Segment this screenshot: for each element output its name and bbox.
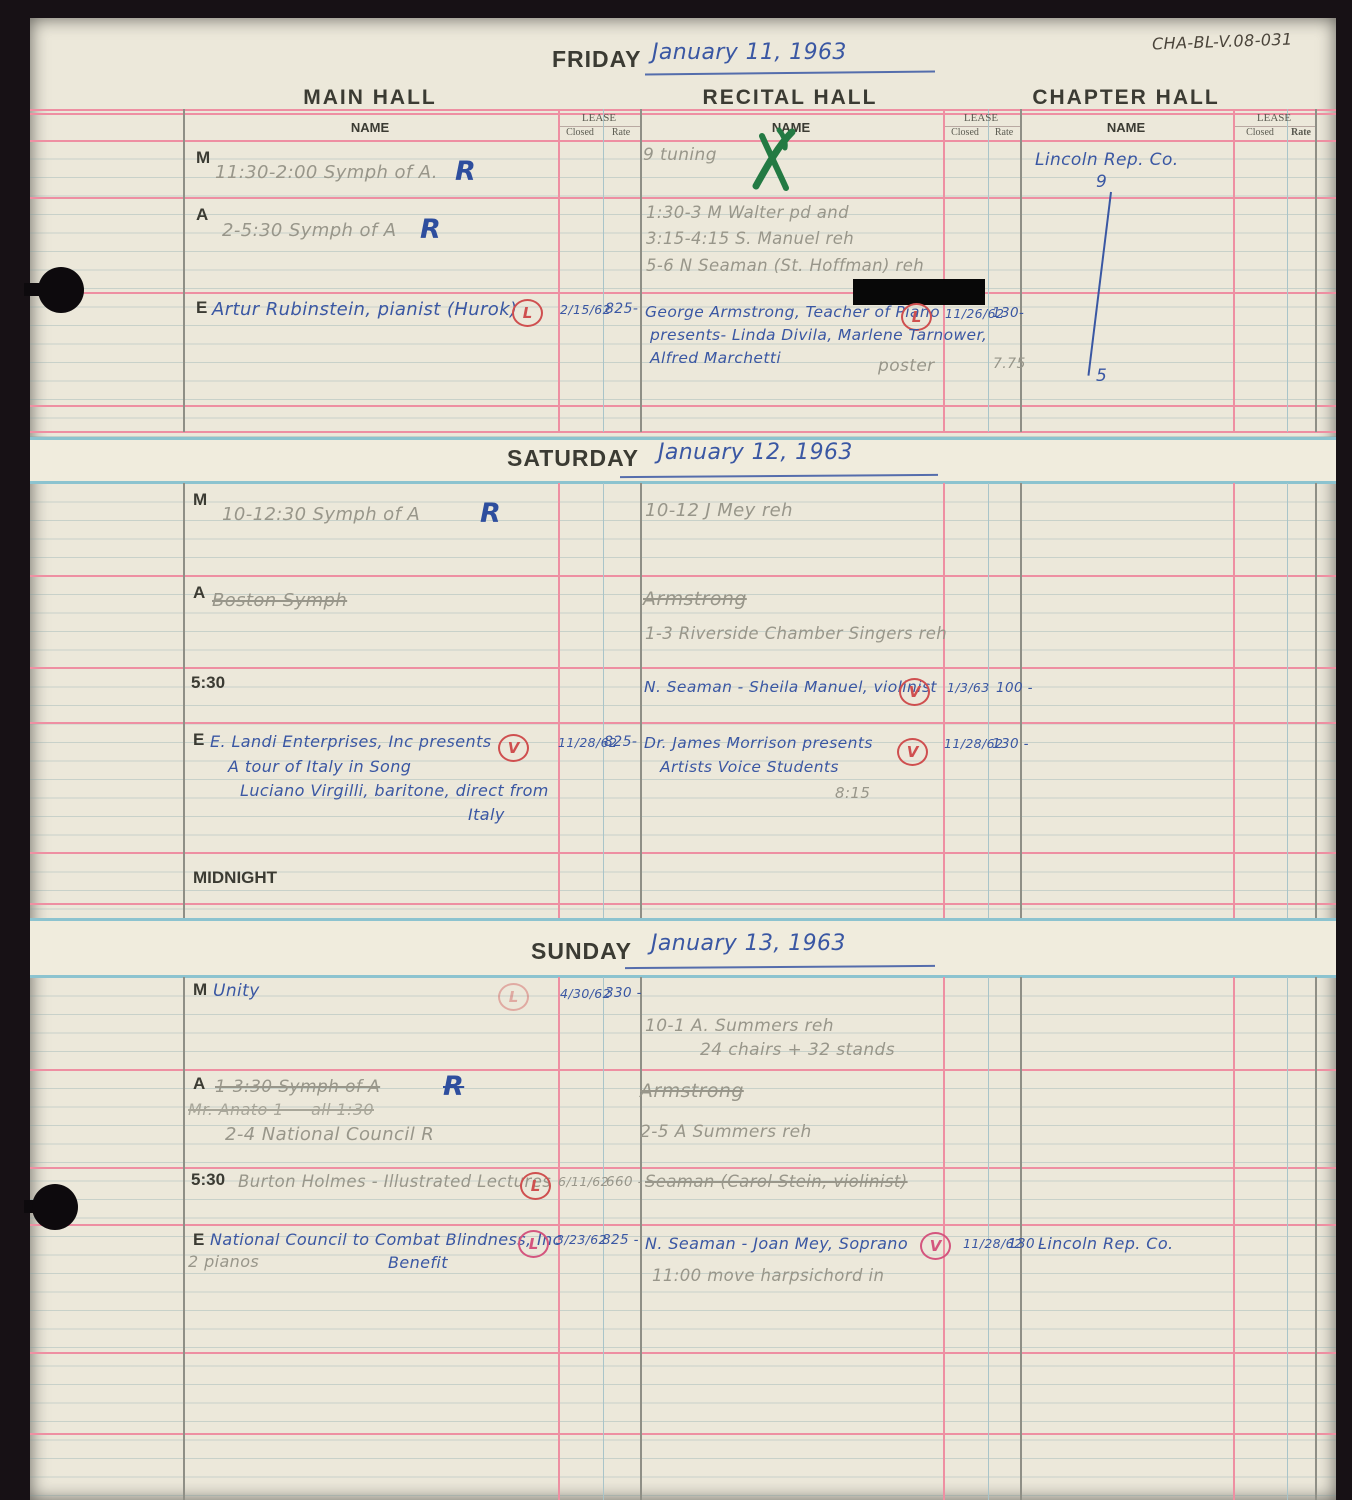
- grid-line: [30, 903, 1336, 905]
- entry-sat-main-a-struck: Boston Symph: [212, 590, 347, 611]
- grid-line: [30, 140, 1336, 142]
- entry-fri-rec-e2: presents- Linda Divila, Marlene Tarnower…: [650, 326, 987, 344]
- grid-line: [558, 109, 560, 432]
- entry-sat-main-m-r: R: [480, 498, 501, 529]
- grid-line: [1315, 977, 1317, 1500]
- sun-main-m-closed: 4/30/62: [560, 986, 611, 1001]
- lease-mark-circle: L: [512, 299, 543, 327]
- day-title-saturday: SATURDAY: [507, 445, 639, 472]
- sun-main-m-rate: 330 -: [605, 985, 642, 1001]
- grid-line: [1233, 109, 1235, 432]
- entry-sun-main-e2: Benefit: [388, 1253, 448, 1272]
- row-label-e: E: [196, 298, 207, 318]
- grid-line: [1287, 483, 1288, 918]
- entry-sun-rec-m1: 10-1 A. Summers reh: [645, 1016, 834, 1036]
- day-date-sunday: January 13, 1963: [651, 931, 846, 956]
- grid-line: [640, 109, 642, 432]
- redaction-box: [853, 279, 985, 305]
- grid-line: [943, 483, 945, 918]
- grid-line: [30, 575, 1336, 577]
- sun-main-530-closed: 6/11/62: [558, 1174, 609, 1189]
- lease-mark-circle: L: [520, 1172, 551, 1200]
- grid-line: [30, 918, 1336, 921]
- grid-line: [30, 197, 1336, 199]
- entry-sat-main-e2: A tour of Italy in Song: [228, 757, 411, 776]
- hall-title-main: MAIN HALL: [303, 86, 436, 110]
- col-rate: Rate: [612, 127, 630, 138]
- col-closed: Closed: [566, 127, 594, 138]
- green-crossout-mark-icon: [748, 126, 802, 197]
- entry-sun-main-e-note: 2 pianos: [188, 1252, 259, 1271]
- grid-line: [30, 667, 1336, 669]
- fri-rec-e-rate: 130-: [992, 305, 1024, 321]
- grid-line: [1315, 109, 1317, 432]
- grid-line: [1233, 483, 1235, 918]
- grid-line: [30, 113, 1336, 115]
- grid-line: [988, 109, 989, 432]
- entry-fri-main-a: 2-5:30 Symph of A: [222, 220, 396, 241]
- col-closed: Closed: [1246, 127, 1274, 138]
- grid-line: [558, 483, 560, 918]
- entry-fri-main-m: 11:30-2:00 Symph of A.: [215, 162, 438, 183]
- row-label-530: 5:30: [191, 1170, 225, 1190]
- entry-sun-main-530: Burton Holmes - Illustrated Lectures: [238, 1172, 551, 1191]
- entry-sat-main-m: 10-12:30 Symph of A: [222, 504, 420, 525]
- row-label-midnight: MIDNIGHT: [193, 868, 277, 888]
- sat-rec-e-rate: 130 -: [992, 736, 1029, 752]
- lease-mark-circle: L: [518, 1230, 549, 1258]
- day-title-sunday: SUNDAY: [531, 938, 632, 965]
- col-lease-chapter: LEASE: [1257, 112, 1291, 124]
- grid-line: [183, 483, 185, 918]
- row-label-a: A: [196, 205, 208, 225]
- grid-line: [30, 1433, 1336, 1435]
- entry-sun-rec-e2: 11:00 move harpsichord in: [652, 1266, 884, 1285]
- row-label-e: E: [193, 730, 204, 750]
- entry-fri-rec-m: 9 tuning: [643, 145, 717, 165]
- entry-fri-main-e: Artur Rubinstein, pianist (Hurok): [212, 299, 517, 320]
- grid-line: [943, 109, 945, 432]
- entry-fri-rec-e3: Alfred Marchetti: [650, 349, 781, 367]
- grid-line: [1020, 483, 1022, 918]
- grid-line: [988, 483, 989, 918]
- entry-sat-rec-e-time: 8:15: [835, 784, 870, 802]
- entry-sun-rec-e1: N. Seaman - Joan Mey, Soprano: [645, 1234, 908, 1253]
- grid-line: [1287, 977, 1288, 1500]
- grid-line: [30, 481, 1336, 484]
- col-lease-recital: LEASE: [964, 112, 998, 124]
- entry-sat-rec-m: 10-12 J Mey reh: [645, 500, 793, 521]
- row-label-e: E: [193, 1230, 204, 1250]
- row-label-a: A: [193, 583, 205, 603]
- grid-line: [640, 483, 642, 918]
- grid-line: [1233, 977, 1235, 1500]
- entry-sun-main-a-struck1: 1-3:30 Symph of A: [215, 1077, 380, 1097]
- entry-sat-main-e4: Italy: [468, 805, 505, 824]
- grid-line: [30, 975, 1336, 978]
- entry-sat-rec-a: 1-3 Riverside Chamber Singers reh: [645, 624, 947, 643]
- sat-rec-530-closed: 1/3/63: [947, 680, 990, 695]
- col-name-main: NAME: [351, 120, 389, 135]
- grid-line: [1287, 109, 1288, 432]
- entry-sat-rec-e1: Dr. James Morrison presents: [644, 734, 873, 752]
- entry-sun-rec-a-struck: Armstrong: [640, 1080, 744, 1102]
- fri-main-e-closed: 2/15/62: [560, 302, 611, 317]
- entry-sun-rec-m2: 24 chairs + 32 stands: [700, 1040, 895, 1060]
- hall-title-chapter: CHAPTER HALL: [1032, 86, 1219, 110]
- ruling-friday: [30, 140, 1336, 437]
- hall-title-recital: RECITAL HALL: [703, 86, 878, 110]
- grid-line: [30, 1167, 1336, 1169]
- entry-fri-main-m-r: R: [455, 156, 476, 187]
- grid-line: [30, 1069, 1336, 1071]
- lease-mark-circle: L: [498, 983, 529, 1011]
- row-label-m: M: [196, 148, 210, 168]
- grid-line: [30, 431, 1336, 433]
- entry-sun-main-a: 2-4 National Council R: [225, 1124, 434, 1145]
- grid-line: [183, 109, 185, 432]
- day-date-friday: January 11, 1963: [652, 40, 847, 65]
- archive-code: CHA-BL-V.08-031: [1152, 30, 1293, 54]
- grid-line: [30, 852, 1336, 854]
- fri-chap-end: 5: [1096, 366, 1107, 386]
- entry-fri-rec-a1: 1:30-3 M Walter pd and: [646, 203, 849, 222]
- ruling-saturday: [30, 483, 1336, 920]
- entry-sun-main-e1: National Council to Combat Blindness, In…: [210, 1230, 562, 1249]
- entry-sun-main-a-struck1-r: R: [443, 1071, 464, 1102]
- grid-line: [30, 722, 1336, 724]
- grid-line: [30, 1352, 1336, 1354]
- row-label-530: 5:30: [191, 673, 225, 693]
- grid-line: [30, 1224, 1336, 1226]
- entry-sun-chap-e: Lincoln Rep. Co.: [1038, 1234, 1174, 1253]
- fri-chap-start: 9: [1096, 172, 1107, 192]
- grid-line: [603, 109, 604, 432]
- lease-mark-circle: V: [920, 1232, 951, 1260]
- col-rate: Rate: [995, 127, 1013, 138]
- day-date-saturday: January 12, 1963: [658, 440, 853, 465]
- entry-fri-main-a-r: R: [420, 214, 441, 245]
- scanned-ledger-page: FRIDAY January 11, 1963 CHA-BL-V.08-031 …: [0, 0, 1352, 1500]
- punch-hole: [38, 267, 84, 313]
- sun-main-e-rate: 825 -: [602, 1232, 639, 1248]
- grid-line: [30, 405, 1336, 407]
- col-closed: Closed: [951, 127, 979, 138]
- entry-fri-rec-a2: 3:15-4:15 S. Manuel reh: [646, 229, 854, 248]
- entry-sat-rec-e2: Artists Voice Students: [660, 758, 839, 776]
- grid-line: [603, 483, 604, 918]
- entry-fri-rec-a3: 5-6 N Seaman (St. Hoffman) reh: [646, 256, 924, 275]
- fri-main-e-rate: 825-: [605, 301, 638, 317]
- sat-rec-530-rate: 100 -: [996, 680, 1033, 696]
- grid-line: [1020, 109, 1022, 432]
- entry-sun-rec-a: 2-5 A Summers reh: [640, 1122, 812, 1142]
- row-label-m: M: [193, 980, 207, 1000]
- col-lease-main: LEASE: [582, 112, 616, 124]
- punch-hole: [32, 1184, 78, 1230]
- entry-fri-rec-e-note: poster: [878, 356, 935, 376]
- row-label-a: A: [193, 1074, 205, 1094]
- grid-line: [30, 292, 1336, 294]
- entry-fri-chap: Lincoln Rep. Co.: [1035, 150, 1179, 170]
- day-title-friday: FRIDAY: [552, 46, 642, 73]
- entry-sat-rec-530: N. Seaman - Sheila Manuel, violinist: [644, 678, 937, 696]
- sun-main-e-closed: 3/23/62: [556, 1232, 607, 1247]
- lease-mark-circle: V: [897, 738, 928, 766]
- entry-fri-rec-e1: George Armstrong, Teacher of Piano: [645, 303, 940, 321]
- col-name-chapter: NAME: [1107, 120, 1145, 135]
- ledger-paper: FRIDAY January 11, 1963 CHA-BL-V.08-031 …: [30, 18, 1336, 1500]
- entry-sun-main-m: Unity: [213, 981, 260, 1001]
- lease-mark-circle: V: [899, 678, 930, 706]
- sat-main-e-rate: 825-: [604, 734, 637, 750]
- sun-main-530-rate: 660 -: [606, 1174, 643, 1190]
- row-label-m: M: [193, 490, 207, 510]
- grid-line: [1315, 483, 1317, 918]
- date-underline: [645, 70, 935, 75]
- entry-sun-rec-530-struck: Seaman (Carol Stein, violinist): [645, 1172, 908, 1191]
- lease-mark-circle: V: [498, 734, 529, 762]
- grid-line: [640, 977, 642, 1500]
- grid-line: [183, 977, 185, 1500]
- entry-sat-main-e1: E. Landi Enterprises, Inc presents: [210, 732, 492, 751]
- fri-rec-e-note-rate: 7.75: [993, 356, 1026, 372]
- entry-sun-main-a-struck2: Mr. Anato 1 — all 1:30: [188, 1100, 374, 1119]
- entry-sat-rec-a-struck: Armstrong: [643, 588, 747, 610]
- col-rate: Rate: [1291, 127, 1311, 138]
- entry-sat-main-e3: Luciano Virgilli, baritone, direct from: [240, 781, 549, 800]
